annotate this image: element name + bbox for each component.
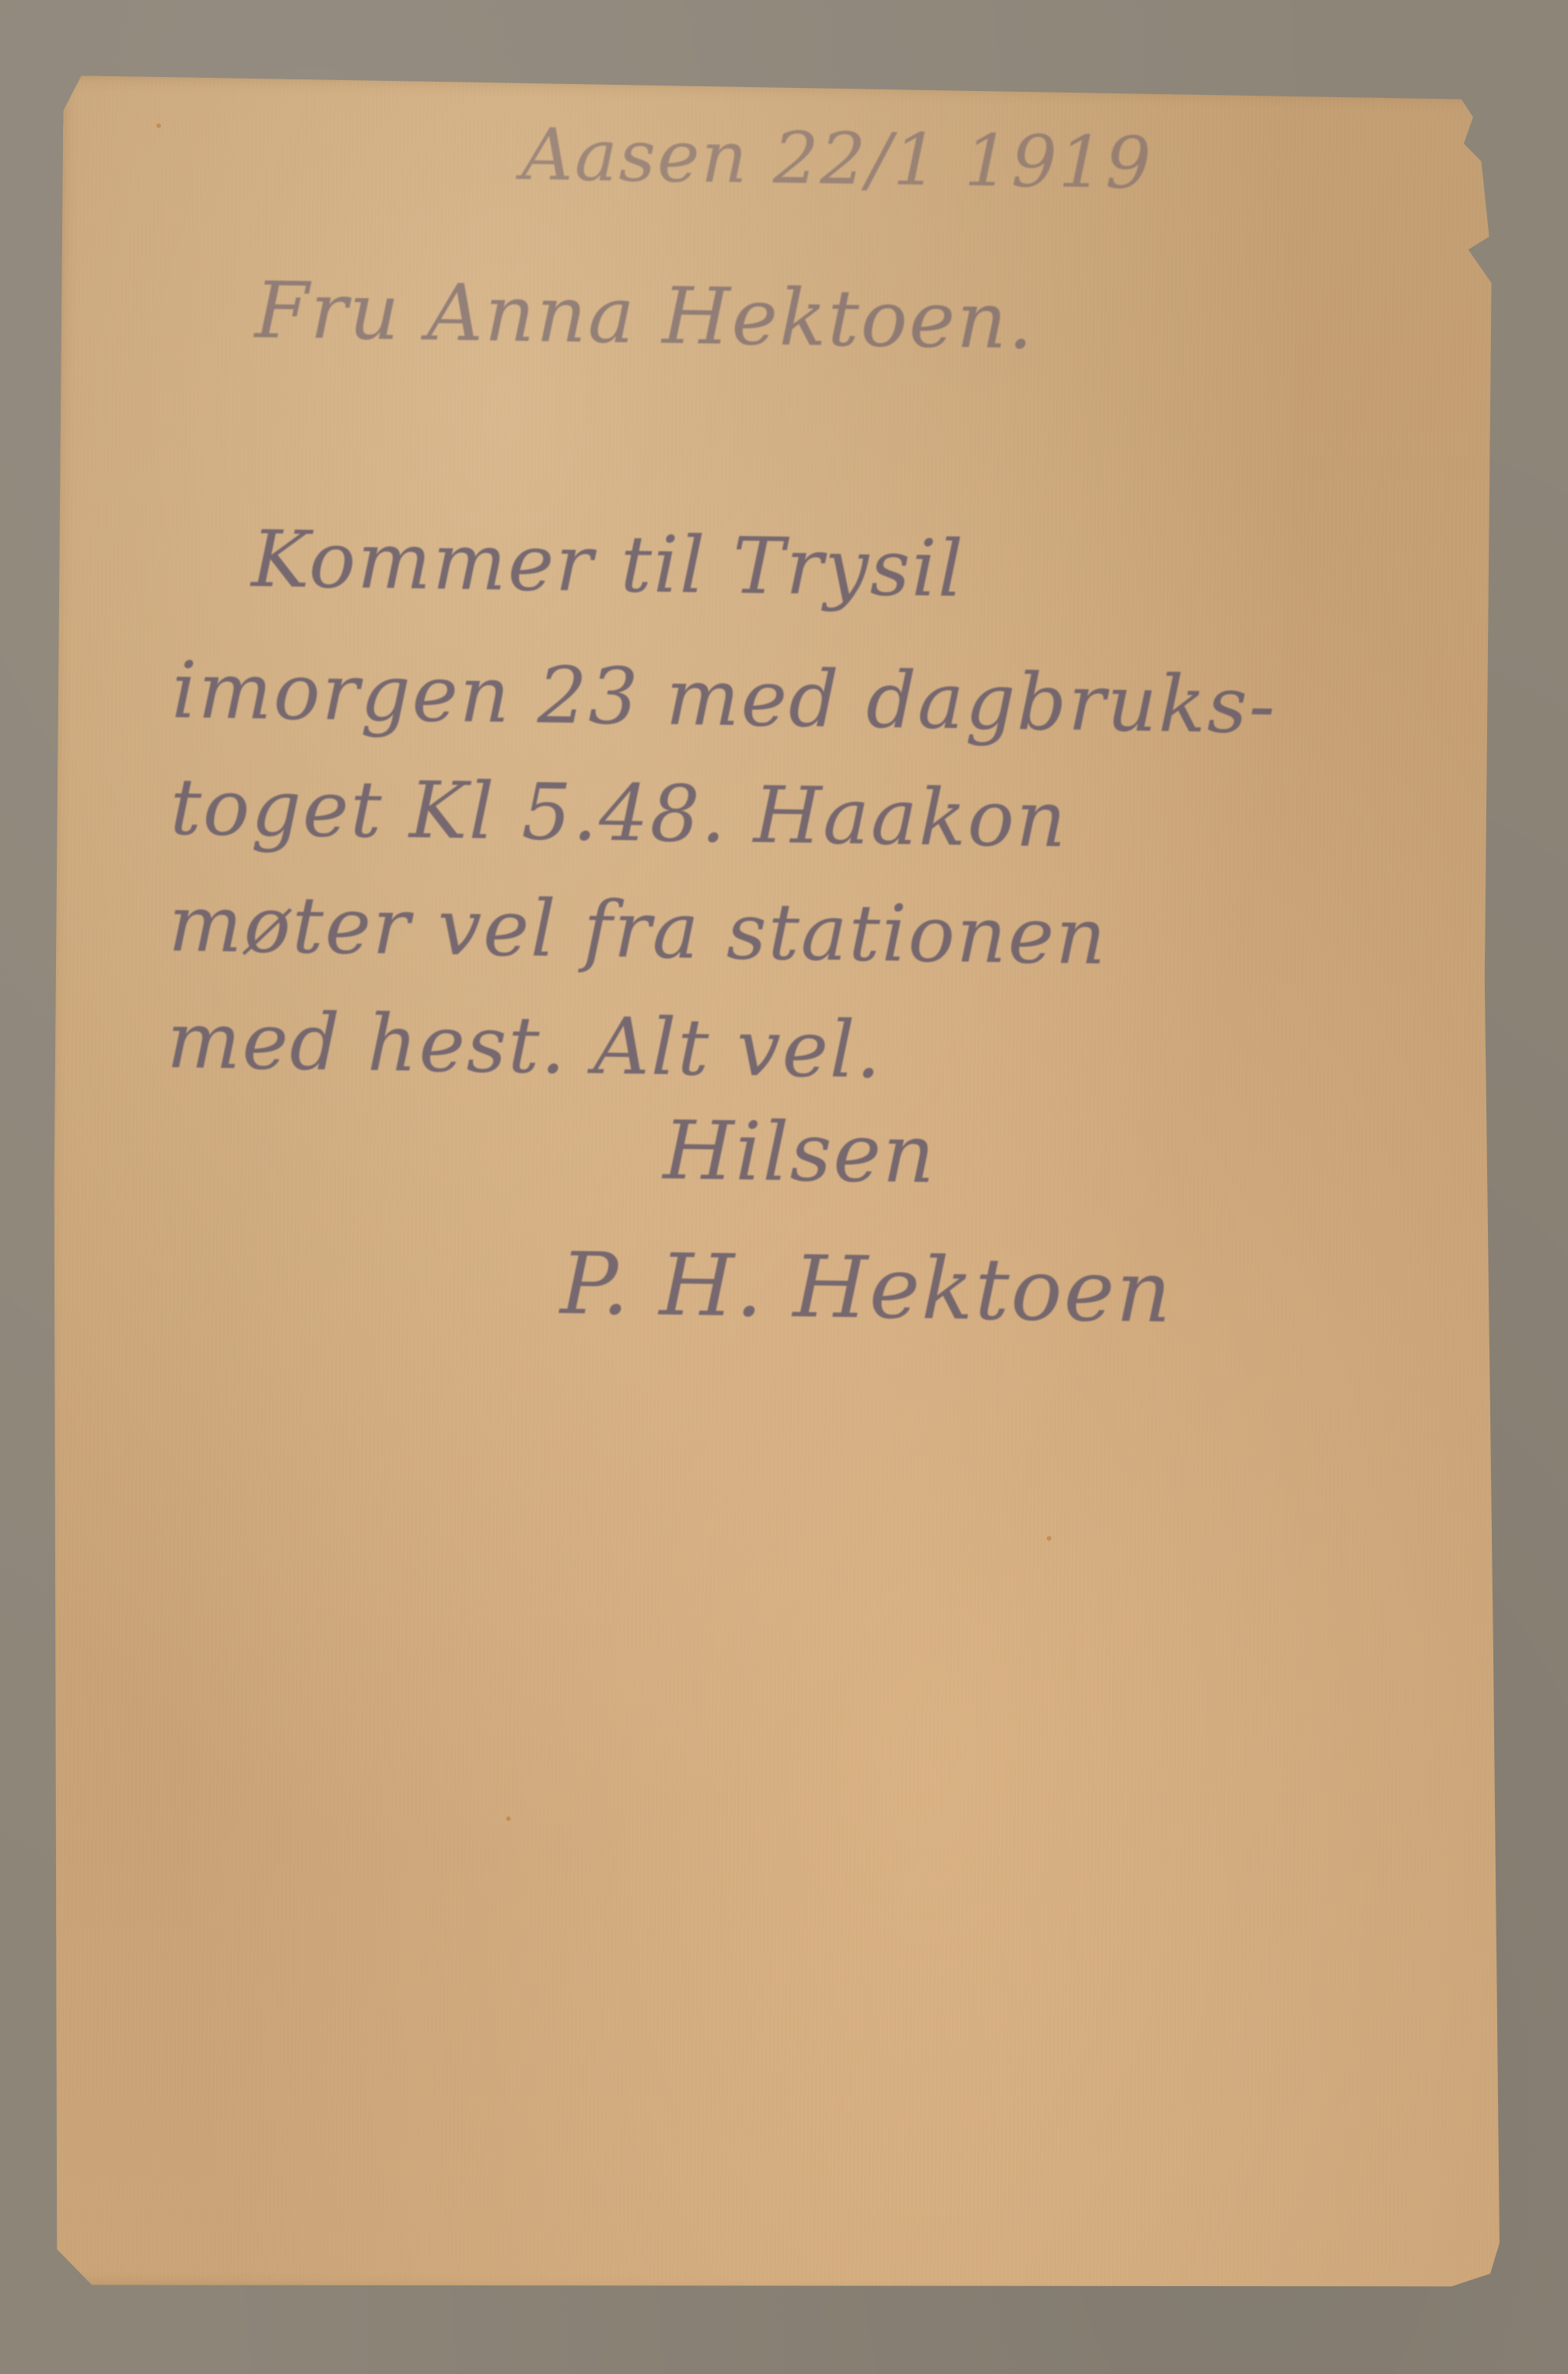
paper-stain <box>1047 1536 1052 1541</box>
handwritten-closing: Hilsen <box>663 1103 937 1202</box>
paper-stain <box>156 124 161 128</box>
postcard: Aasen 22/1 1919 Fru Anna Hektoen. Kommer… <box>33 75 1541 2305</box>
handwritten-body-line: toget Kl 5.48. Haakon <box>170 762 1068 865</box>
handwritten-body-line: imorgen 23 med dagbruks- <box>171 645 1277 751</box>
handwritten-body-line: med hest. Alt vel. <box>166 995 884 1096</box>
handwritten-signature: P. H. Hektoen <box>559 1234 1173 1342</box>
handwritten-date-line: Aasen 22/1 1919 <box>521 113 1153 205</box>
grey-surface-background: Aasen 22/1 1919 Fru Anna Hektoen. Kommer… <box>0 0 1568 2374</box>
handwritten-body-line: møter vel fra stationen <box>168 878 1108 982</box>
handwritten-greeting: Fru Anna Hektoen. <box>254 264 1035 366</box>
paper-stain <box>506 1816 511 1821</box>
handwritten-body-line: Kommer til Trysil <box>250 513 964 615</box>
